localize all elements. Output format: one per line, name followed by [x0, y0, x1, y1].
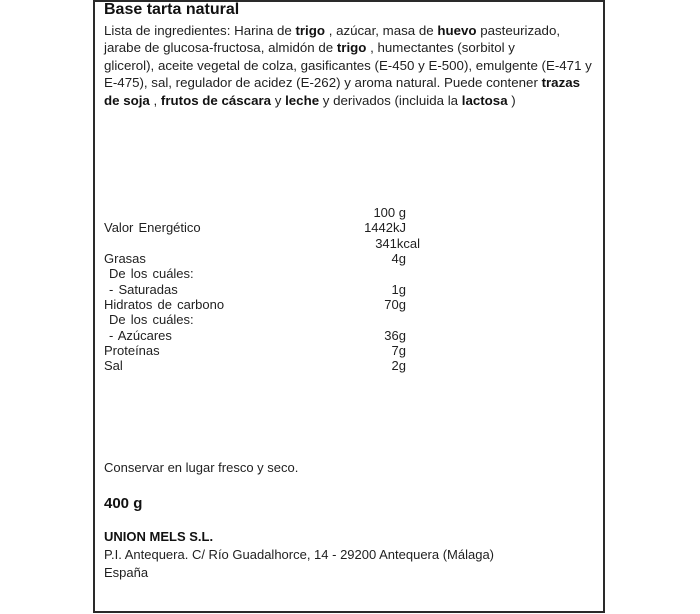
ingredients-text: Lista de ingredientes: Harina de: [104, 23, 295, 38]
net-weight: 400 g: [104, 495, 142, 512]
ingredients-text: y: [271, 93, 285, 108]
ingredients-line: de soja , frutos de cáscara y leche y de…: [104, 92, 604, 109]
nutrient-value: 2g: [392, 358, 406, 373]
ingredients-line: Lista de ingredientes: Harina de trigo ,…: [104, 22, 604, 39]
allergen-highlight: trazas: [542, 75, 580, 90]
allergen-highlight: trigo: [337, 40, 367, 55]
ingredients-text: , azúcar, masa de: [325, 23, 437, 38]
nutrition-row: Hidratos de carbono70g: [104, 297, 424, 312]
nutrient-value: 70g: [384, 297, 406, 312]
nutrition-row: Proteínas7g: [104, 343, 424, 358]
nutrition-row: Valor Energético1442kJ: [104, 220, 424, 235]
nutrient-label: De los cuáles:: [109, 312, 194, 327]
storage-instructions: Conservar en lugar fresco y seco.: [104, 460, 298, 475]
manufacturer-name: UNION MELS S.L.: [104, 529, 213, 544]
ingredients-text: ): [508, 93, 516, 108]
ingredients-text: ,: [150, 93, 161, 108]
nutrient-value: 7g: [392, 343, 406, 358]
ingredients-line: glicerol), aceite vegetal de colza, gasi…: [104, 57, 604, 74]
nutrition-row: Sal2g: [104, 358, 424, 373]
nutrient-label: De los cuáles:: [109, 266, 194, 281]
nutrient-value: 1g: [392, 282, 406, 297]
nutrient-label: Sal: [104, 358, 123, 373]
nutrient-label: Valor Energético: [104, 220, 201, 235]
ingredients-text: jarabe de glucosa-fructosa, almidón de: [104, 40, 337, 55]
nutrient-label: Proteínas: [104, 343, 160, 358]
nutrition-column-header: 100 g: [373, 205, 406, 220]
allergen-highlight: lactosa: [462, 93, 508, 108]
ingredients-list: Lista de ingredientes: Harina de trigo ,…: [104, 22, 604, 109]
nutrient-value: 341kcal: [375, 236, 420, 251]
nutrition-row: 341kcal: [104, 236, 424, 251]
nutrient-label: Grasas: [104, 251, 146, 266]
ingredients-text: pasteurizado,: [477, 23, 561, 38]
nutrition-row: - Saturadas1g: [104, 282, 424, 297]
nutrition-row: Grasas4g: [104, 251, 424, 266]
manufacturer-country: España: [104, 565, 148, 580]
nutrition-row: - Azúcares36g: [104, 328, 424, 343]
allergen-highlight: frutos de cáscara: [161, 93, 271, 108]
allergen-highlight: trigo: [295, 23, 325, 38]
nutrition-row: De los cuáles:: [104, 312, 424, 327]
nutrient-label: Hidratos de carbono: [104, 297, 224, 312]
ingredients-text: y derivados (incluida la: [319, 93, 462, 108]
ingredients-text: , humectantes (sorbitol y: [366, 40, 515, 55]
nutrition-table: 100 g Valor Energético1442kJ341kcalGrasa…: [104, 205, 424, 374]
ingredients-line: E-475), sal, regulador de acidez (E-262)…: [104, 74, 604, 91]
nutrition-header-row: 100 g: [104, 205, 424, 220]
nutrient-label: - Azúcares: [109, 328, 172, 343]
ingredients-text: glicerol), aceite vegetal de colza, gasi…: [104, 58, 592, 73]
nutrient-value: 36g: [384, 328, 406, 343]
nutrient-value: 1442kJ: [364, 220, 406, 235]
allergen-highlight: de soja: [104, 93, 150, 108]
ingredients-line: jarabe de glucosa-fructosa, almidón de t…: [104, 39, 604, 56]
nutrient-label: - Saturadas: [109, 282, 178, 297]
ingredients-text: E-475), sal, regulador de acidez (E-262)…: [104, 75, 542, 90]
allergen-highlight: leche: [285, 93, 319, 108]
product-title: Base tarta natural: [104, 1, 239, 19]
product-label: Base tarta natural Lista de ingredientes…: [93, 0, 605, 613]
nutrition-row: De los cuáles:: [104, 266, 424, 281]
nutrient-value: 4g: [392, 251, 406, 266]
manufacturer-address: P.I. Antequera. C/ Río Guadalhorce, 14 -…: [104, 547, 494, 562]
allergen-highlight: huevo: [437, 23, 476, 38]
